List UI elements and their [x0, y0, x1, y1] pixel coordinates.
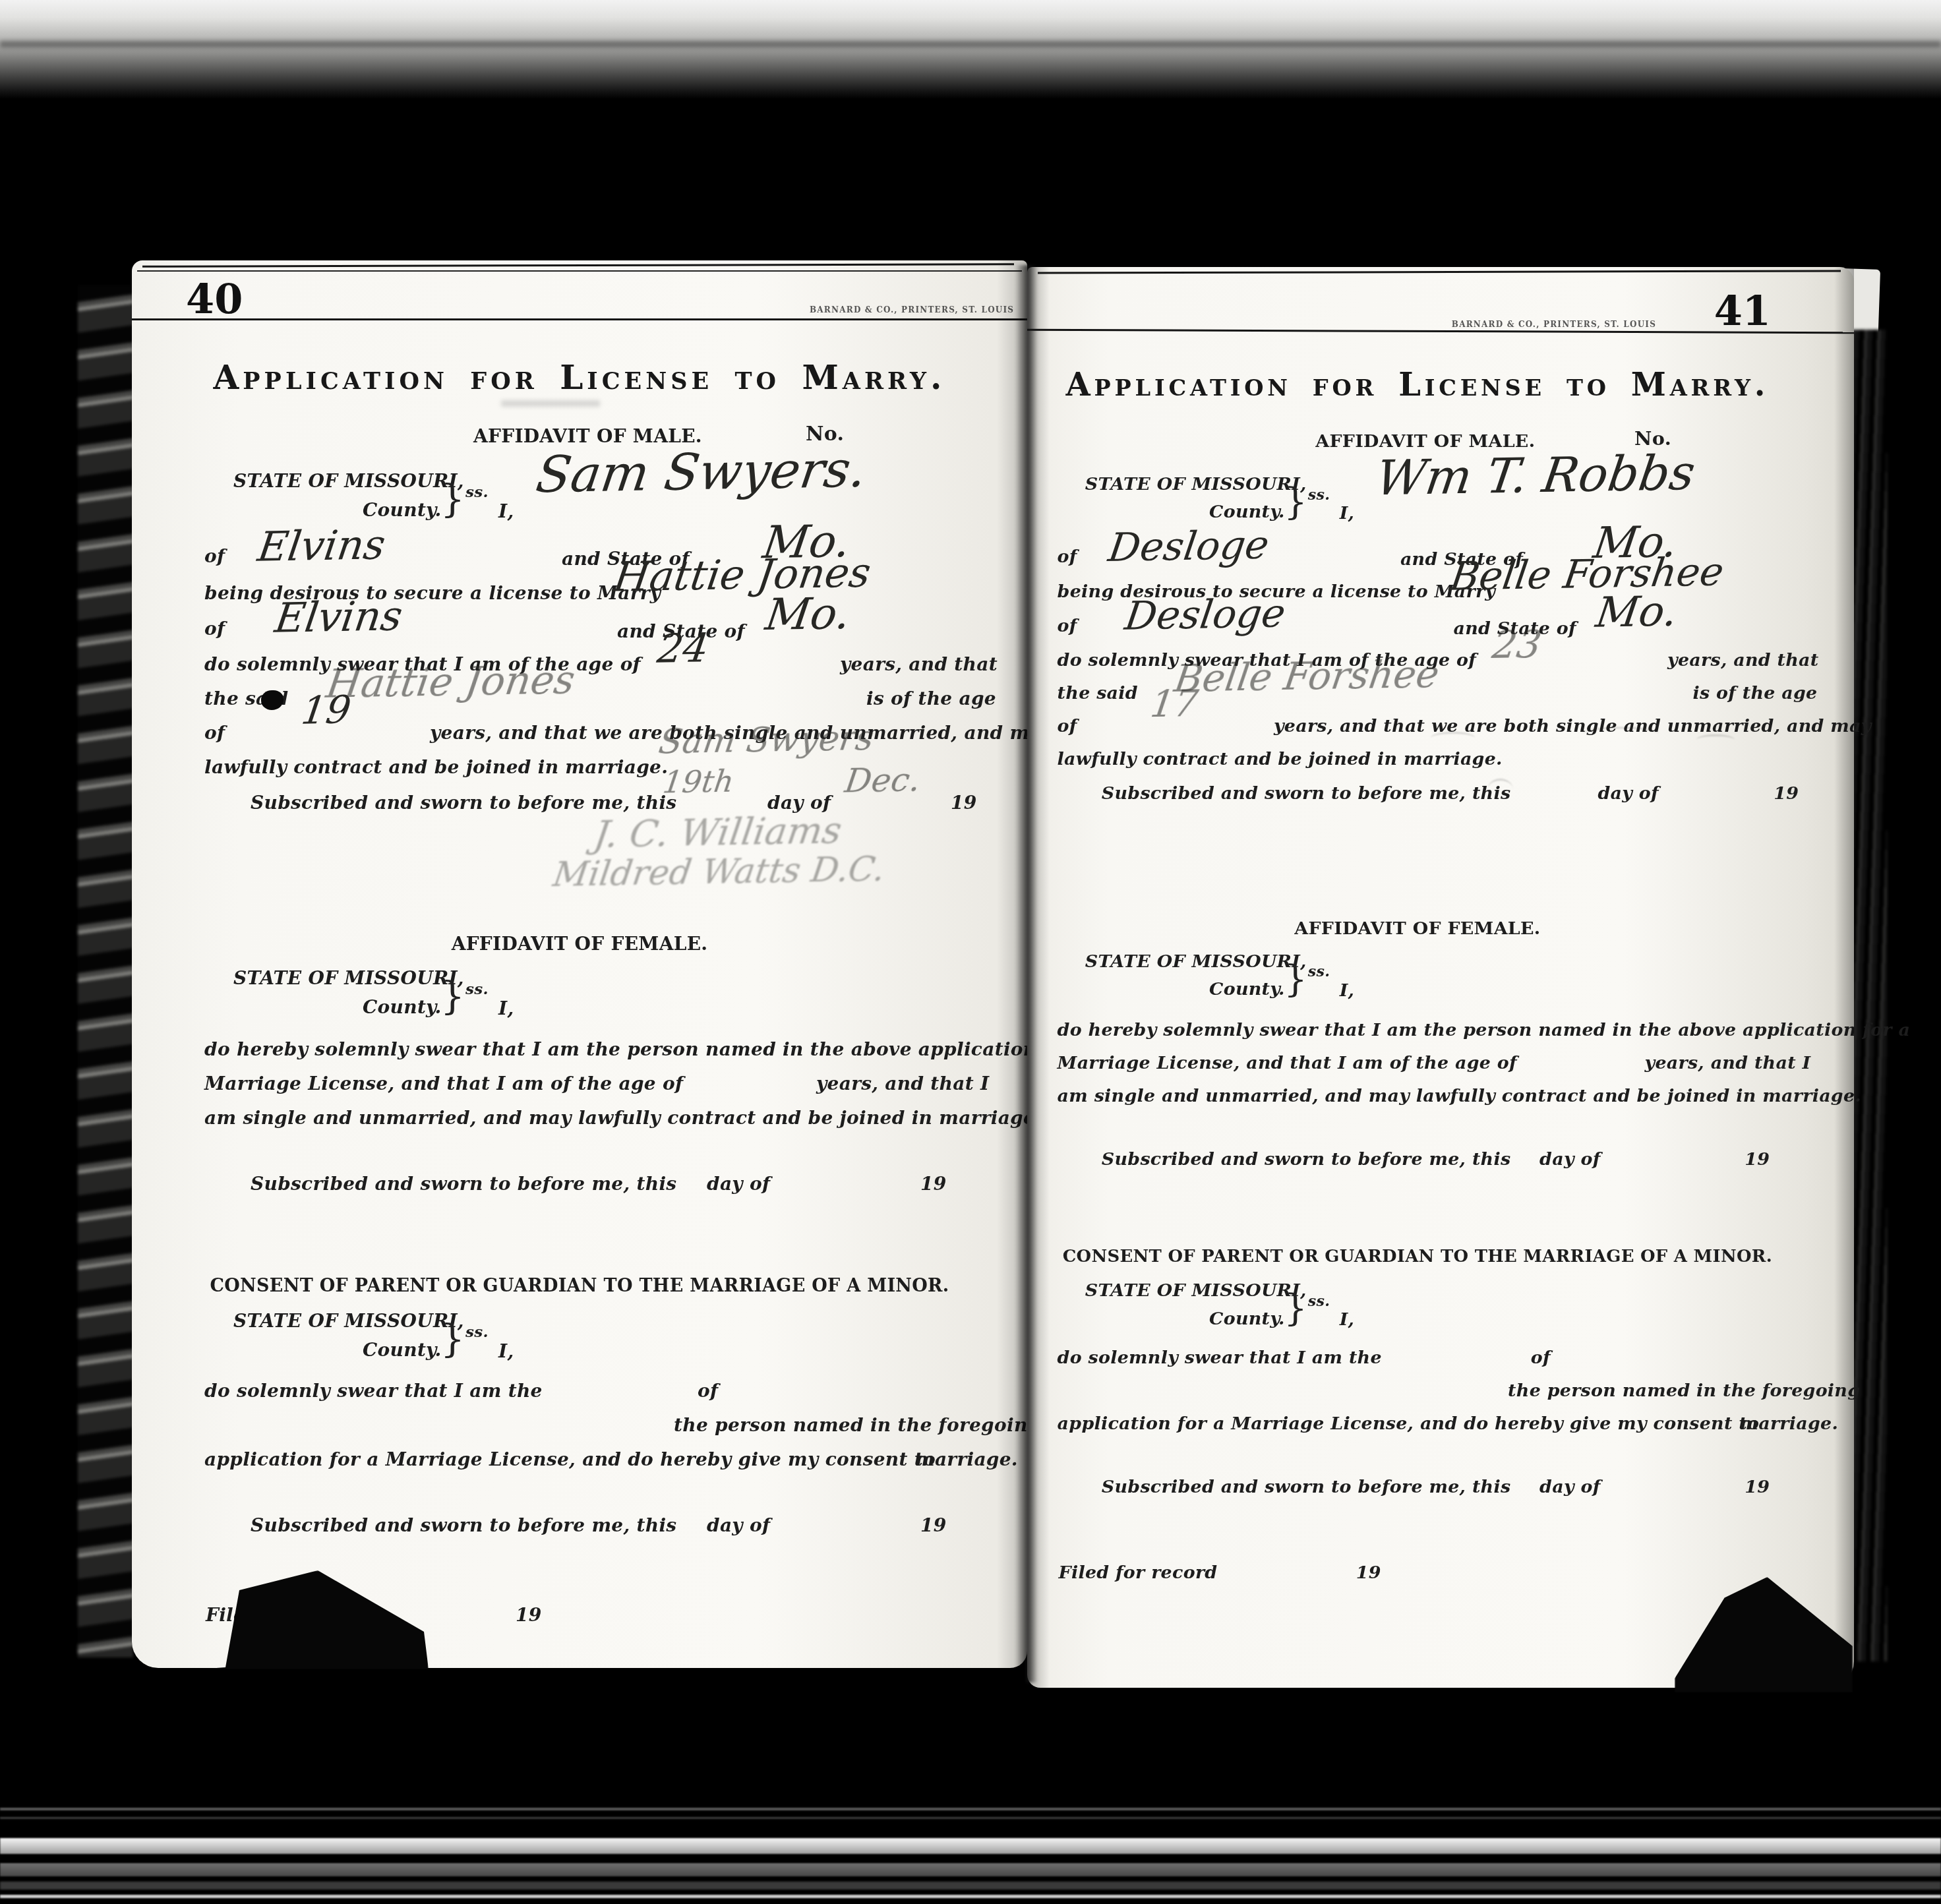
- marriage-label: marriage.: [1739, 1413, 1838, 1434]
- book-page-edges-left: [78, 285, 133, 1657]
- ss-label: ss.: [465, 1323, 489, 1341]
- year-19-label: 19: [516, 1604, 542, 1626]
- ink-smudge: [501, 400, 600, 407]
- affidavit-female-heading: AFFIDAVIT OF FEMALE.: [988, 918, 1847, 939]
- consent-person-label: the person named in the foregoing: [674, 1414, 1040, 1436]
- i-label: I,: [1340, 980, 1355, 1001]
- scan-bottom-line: [0, 1817, 1941, 1819]
- county-label: County.: [1209, 1308, 1285, 1329]
- female-single-label: am single and unmarried, and may lawfull…: [204, 1107, 1042, 1129]
- handwritten-sworn-month: Dec.: [843, 761, 923, 800]
- handwritten-male-residence: Elvins: [255, 520, 388, 570]
- state-label: STATE OF MISSOURI,: [1085, 473, 1307, 494]
- is-of-age-label: is of the age: [866, 688, 996, 709]
- handwritten-bride-name: Belle Forshee: [1447, 549, 1727, 599]
- subscribed-label: Subscribed and sworn to before me, this: [1102, 1148, 1511, 1170]
- brace-glyph: }: [440, 974, 465, 1019]
- female-years-label: years, and that I: [816, 1073, 989, 1094]
- consent-application-label: application for a Marriage License, and …: [1058, 1413, 1760, 1434]
- day-of-label: day of: [1598, 783, 1658, 804]
- county-label: County.: [1209, 978, 1285, 999]
- handwritten-bride-residence: Elvins: [272, 591, 405, 641]
- handwritten-bride-age: 19: [299, 687, 354, 732]
- faded-ink-mark: [1487, 779, 1512, 800]
- brace-glyph: }: [1284, 957, 1307, 1000]
- scan-top-glare: [0, 0, 1941, 99]
- county-label: County.: [1209, 502, 1285, 523]
- subscribed-label: Subscribed and sworn to before me, this: [1102, 783, 1511, 804]
- scan-bottom-band: [0, 1863, 1941, 1876]
- female-single-label: am single and unmarried, and may lawfull…: [1058, 1085, 1861, 1106]
- header-rule: [132, 318, 1027, 320]
- year-19-label: 19: [920, 1514, 947, 1536]
- female-swear-label: do hereby solemnly swear that I am the p…: [204, 1038, 1092, 1060]
- form-title: Application for License to Marry.: [988, 366, 1847, 403]
- clerk-signature: J. C. Williams: [591, 810, 845, 857]
- brace-glyph: }: [1284, 1286, 1307, 1329]
- female-swear-label: do hereby solemnly swear that I am the p…: [1058, 1019, 1910, 1040]
- year-19-label: 19: [1745, 1476, 1770, 1497]
- state-label: STATE OF MISSOURI,: [233, 1310, 464, 1332]
- year-19-label: 19: [1774, 783, 1799, 804]
- female-years-label: years, and that I: [1644, 1052, 1810, 1073]
- faded-ink-mark: [1696, 734, 1735, 745]
- lawfully-label: lawfully contract and be joined in marri…: [1058, 748, 1503, 769]
- year-19-label: 19: [1356, 1562, 1381, 1583]
- handwritten-male-name: Wm T. Robbs: [1373, 444, 1699, 506]
- affidavit-female-heading: AFFIDAVIT OF FEMALE.: [132, 933, 1027, 955]
- handwritten-male-age: 23: [1489, 622, 1544, 667]
- subscribed-label: Subscribed and sworn to before me, this: [251, 1173, 676, 1195]
- register-page-40: 40 BARNARD & CO., PRINTERS, ST. LOUIS Ap…: [132, 260, 1027, 1668]
- brace-glyph: }: [440, 477, 465, 521]
- faded-ink-mark: [1431, 732, 1475, 744]
- page-number: 40: [186, 275, 243, 323]
- handwritten-bride-state: Mo.: [762, 588, 853, 640]
- book-gutter-shadow: [1015, 265, 1038, 1682]
- of-label: of: [1058, 546, 1077, 567]
- day-of-label: day of: [707, 1173, 770, 1195]
- i-label: I,: [498, 1340, 514, 1362]
- is-of-age-label: is of the age: [1692, 682, 1817, 703]
- consent-swear-label: do solemnly swear that I am the: [204, 1380, 543, 1402]
- county-label: County.: [363, 499, 442, 521]
- years-single-label: years, and that we are both single and u…: [1274, 715, 1872, 736]
- deputy-clerk-signature: Mildred Watts D.C.: [551, 850, 887, 895]
- the-said-label: the said: [1058, 682, 1138, 703]
- ss-label: ss.: [465, 980, 489, 998]
- day-of-label: day of: [1539, 1148, 1600, 1170]
- printer-mark: BARNARD & CO., PRINTERS, ST. LOUIS: [810, 305, 1014, 314]
- ss-label: ss.: [1308, 1293, 1330, 1310]
- faded-ink-mark: [1582, 727, 1658, 741]
- i-label: I,: [1340, 502, 1355, 523]
- of-label: of: [204, 618, 225, 640]
- scan-bottom-glare: [0, 1838, 1941, 1854]
- scan-top-streak: [0, 41, 1941, 47]
- county-label: County.: [363, 1339, 442, 1361]
- year-19-label: 19: [1745, 1148, 1770, 1170]
- register-page-41: 41 BARNARD & CO., PRINTERS, ST. LOUIS Ap…: [1027, 267, 1854, 1688]
- scan-bottom-line: [0, 1808, 1941, 1810]
- subscribed-label: Subscribed and sworn to before me, this: [251, 792, 676, 814]
- lawfully-label: lawfully contract and be joined in marri…: [204, 756, 668, 778]
- county-label: County.: [363, 996, 442, 1018]
- handwritten-male-name: Sam Swyers.: [533, 440, 870, 504]
- scan-bottom-band: [0, 1882, 1941, 1889]
- of-label: of: [1058, 715, 1077, 736]
- female-license-label: Marriage License, and that I am of the a…: [204, 1073, 683, 1094]
- form-title: Application for License to Marry.: [132, 358, 1027, 397]
- state-label: STATE OF MISSOURI,: [1085, 1280, 1307, 1301]
- consent-person-label: the person named in the foregoing: [1508, 1380, 1860, 1401]
- consent-heading: CONSENT OF PARENT OR GUARDIAN TO THE MAR…: [988, 1247, 1847, 1266]
- i-label: I,: [1340, 1309, 1355, 1330]
- years-and-that-label: years, and that: [1667, 649, 1818, 670]
- of-label: of: [204, 545, 225, 567]
- handwritten-bride-residence: Desloge: [1122, 590, 1288, 639]
- subscribed-label: Subscribed and sworn to before me, this: [251, 1514, 676, 1536]
- ss-label: ss.: [1308, 486, 1330, 503]
- scan-bottom-line: [0, 1895, 1941, 1898]
- scanned-register-photo: 40 BARNARD & CO., PRINTERS, ST. LOUIS Ap…: [0, 0, 1941, 1904]
- handwritten-male-age: 24: [655, 625, 711, 672]
- years-and-that-label: years, and that: [840, 653, 998, 675]
- handwritten-male-residence: Desloge: [1106, 521, 1272, 570]
- year-19-label: 19: [920, 1173, 947, 1195]
- subscribed-label: Subscribed and sworn to before me, this: [1102, 1476, 1511, 1497]
- handwritten-sworn-day: 19th: [661, 763, 736, 800]
- state-label: STATE OF MISSOURI,: [233, 967, 464, 989]
- ss-label: ss.: [1308, 963, 1330, 980]
- brace-glyph: }: [1284, 480, 1307, 523]
- brace-glyph: }: [440, 1317, 465, 1361]
- page-41-content: Application for License to Marry. AFFIDA…: [988, 272, 1847, 1624]
- female-license-label: Marriage License, and that I am of the a…: [1058, 1052, 1517, 1073]
- i-label: I,: [498, 500, 514, 522]
- of-label: of: [1531, 1347, 1551, 1368]
- handwritten-bride-state: Mo.: [1593, 587, 1681, 637]
- handwritten-bride-age: 17: [1148, 682, 1201, 726]
- i-label: I,: [498, 997, 514, 1019]
- handwritten-bride-name-2: Belle Forshee: [1172, 652, 1442, 701]
- page-top-rule-2: [137, 270, 1022, 272]
- state-label: STATE OF MISSOURI,: [1085, 951, 1307, 972]
- handwritten-bride-name-2: Hattie Jones: [324, 657, 578, 707]
- desirous-label: being desirous to secure a license to Ma…: [204, 582, 661, 604]
- consent-swear-label: do solemnly swear that I am the: [1058, 1347, 1382, 1368]
- day-of-label: day of: [1539, 1476, 1600, 1497]
- groom-signature: Sam Swyers: [656, 719, 876, 762]
- day-of-label: day of: [707, 1514, 770, 1536]
- of-label: of: [698, 1380, 718, 1402]
- consent-heading: CONSENT OF PARENT OR GUARDIAN TO THE MAR…: [132, 1276, 1027, 1296]
- of-label: of: [1058, 615, 1077, 636]
- state-label: STATE OF MISSOURI,: [233, 470, 464, 492]
- year-19-label: 19: [951, 792, 977, 814]
- page-top-rule: [142, 263, 1014, 267]
- filed-for-record-label: Filed for record: [1059, 1562, 1218, 1583]
- ss-label: ss.: [465, 483, 489, 501]
- of-label: of: [204, 722, 225, 744]
- consent-application-label: application for a Marriage License, and …: [204, 1448, 936, 1470]
